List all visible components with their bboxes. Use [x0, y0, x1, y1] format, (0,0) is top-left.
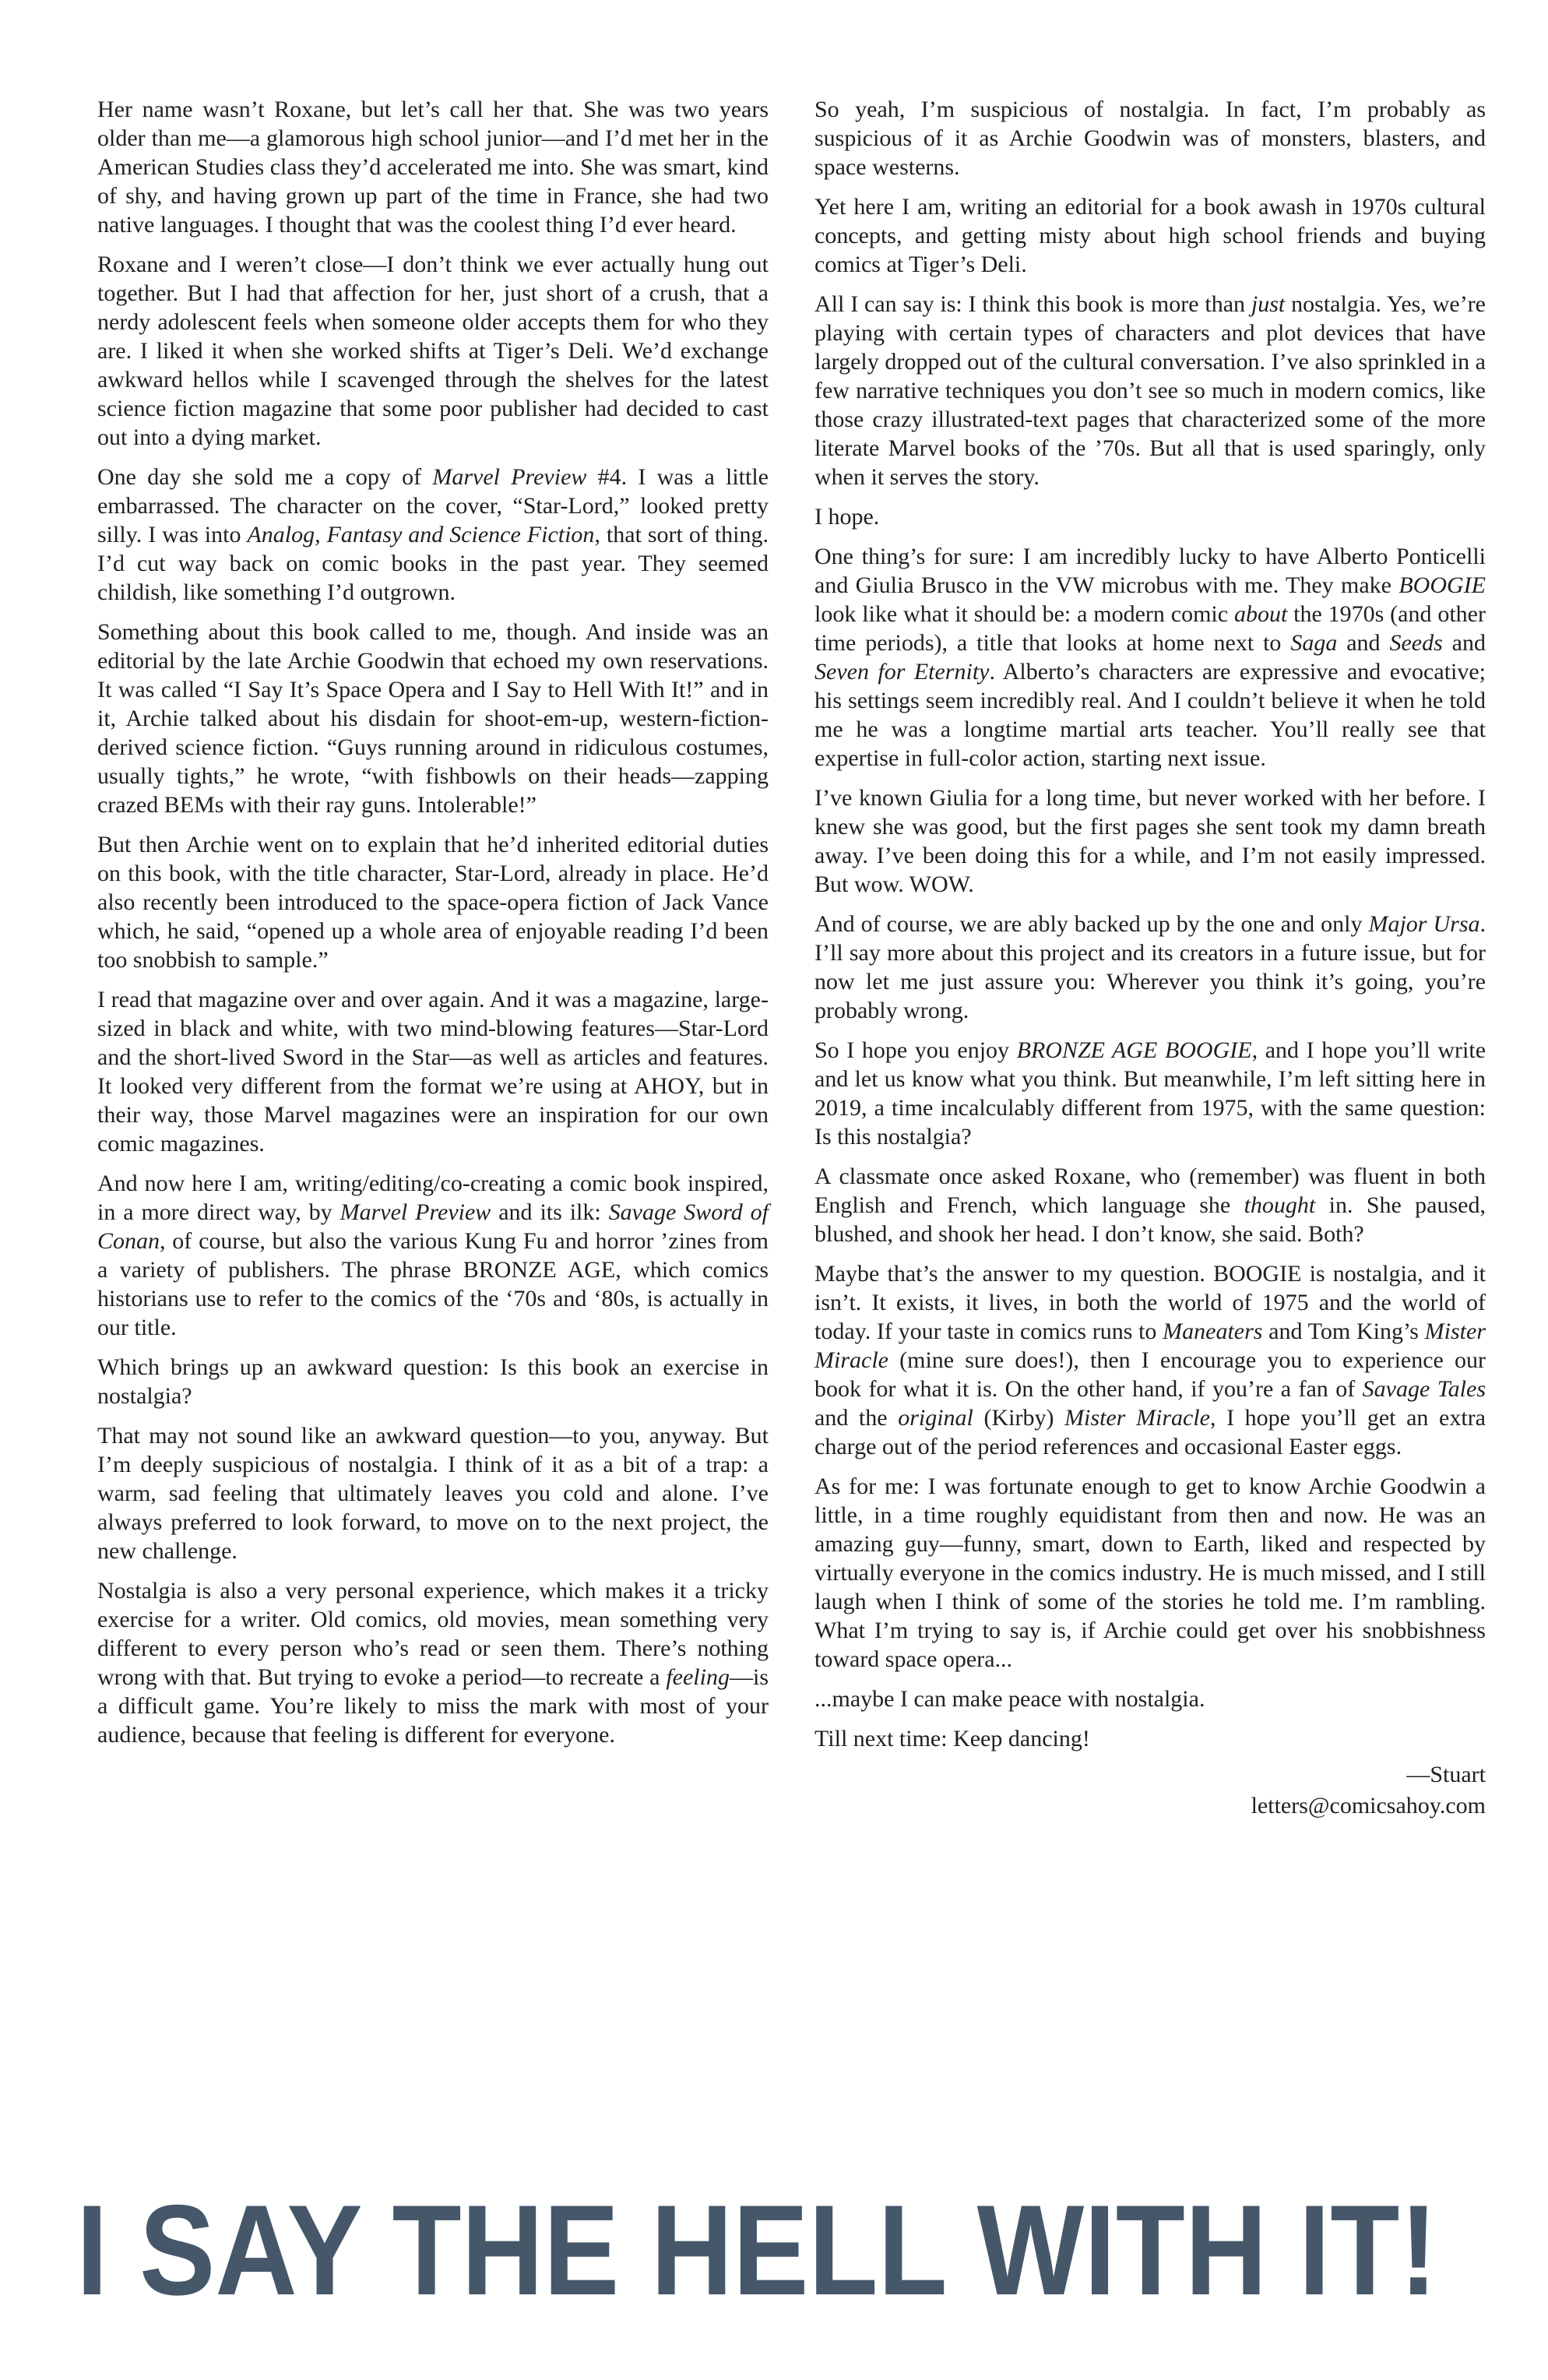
- paragraph: One thing’s for sure: I am incredibly lu…: [814, 542, 1486, 773]
- paragraph: A classmate once asked Roxane, who (reme…: [814, 1162, 1486, 1248]
- paragraph: But then Archie went on to explain that …: [97, 830, 769, 974]
- paragraph: All I can say is: I think this book is m…: [814, 290, 1486, 491]
- paragraph: And of course, we are ably backed up by …: [814, 910, 1486, 1025]
- left-column-paragraphs: Her name wasn’t Roxane, but let’s call h…: [97, 95, 769, 1749]
- paragraph: One day she sold me a copy of Marvel Pre…: [97, 463, 769, 607]
- right-column: So yeah, I’m suspicious of nostalgia. In…: [814, 95, 1486, 1822]
- paragraph: I read that magazine over and over again…: [97, 985, 769, 1158]
- right-column-paragraphs: So yeah, I’m suspicious of nostalgia. In…: [814, 95, 1486, 1753]
- paragraph: ...maybe I can make peace with nostalgia…: [814, 1685, 1486, 1713]
- signature-email: letters@comicsahoy.com: [814, 1790, 1486, 1822]
- footer-title-text: I SAY THE HELL WITH IT!: [76, 2178, 1437, 2322]
- footer-title: I SAY THE HELL WITH IT!: [74, 2173, 1441, 2344]
- paragraph: Which brings up an awkward question: Is …: [97, 1353, 769, 1410]
- paragraph: As for me: I was fortunate enough to get…: [814, 1472, 1486, 1674]
- paragraph: I hope.: [814, 502, 1486, 531]
- signature-block: —Stuart letters@comicsahoy.com: [814, 1759, 1486, 1822]
- paragraph: Till next time: Keep dancing!: [814, 1724, 1486, 1753]
- left-column: Her name wasn’t Roxane, but let’s call h…: [97, 95, 769, 1749]
- signature-name: —Stuart: [814, 1759, 1486, 1790]
- paragraph: That may not sound like an awkward quest…: [97, 1421, 769, 1565]
- paragraph: Something about this book called to me, …: [97, 618, 769, 819]
- paragraph: Nostalgia is also a very personal experi…: [97, 1576, 769, 1749]
- paragraph: Yet here I am, writing an editorial for …: [814, 192, 1486, 279]
- paragraph: Her name wasn’t Roxane, but let’s call h…: [97, 95, 769, 239]
- paragraph: Maybe that’s the answer to my question. …: [814, 1259, 1486, 1461]
- paragraph: So yeah, I’m suspicious of nostalgia. In…: [814, 95, 1486, 181]
- paragraph: And now here I am, writing/editing/co-cr…: [97, 1169, 769, 1342]
- paragraph: I’ve known Giulia for a long time, but n…: [814, 783, 1486, 899]
- paragraph: So I hope you enjoy BRONZE AGE BOOGIE, a…: [814, 1036, 1486, 1151]
- paragraph: Roxane and I weren’t close—I don’t think…: [97, 250, 769, 452]
